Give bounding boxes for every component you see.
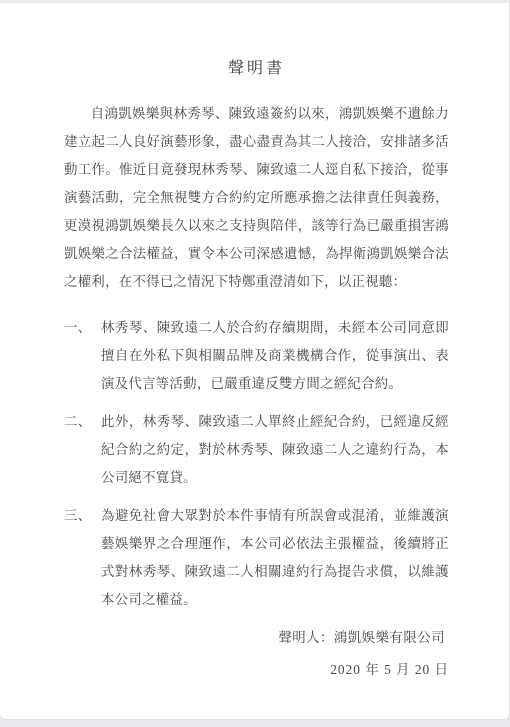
statement-item-1: 一、 林秀琴、陳致遠二人於合約存續期間，未經本公司同意即擅自在外私下與相關品牌及… — [64, 314, 449, 398]
document-body: 聲明書 自鴻凱娛樂與林秀琴、陳致遠簽約以來，鴻凱娛樂不遺餘力建立起二人良好演藝形… — [0, 3, 509, 684]
item-3-text: 為避免社會大眾對於本件事情有所誤會或混淆，並維護演藝娛樂界之合理運作，本公司必依… — [101, 502, 449, 614]
item-1-number: 一、 — [64, 314, 101, 398]
screenshot-viewport: 聲明書 自鴻凱娛樂與林秀琴、陳致遠簽約以來，鴻凱娛樂不遺餘力建立起二人良好演藝形… — [0, 0, 510, 727]
item-2-text: 此外，林秀琴、陳致遠二人單終止經紀合約，已經違反經紀合約之約定，對於林秀琴、陳致… — [101, 408, 449, 492]
intro-paragraph: 自鴻凱娛樂與林秀琴、陳致遠簽約以來，鴻凱娛樂不遺餘力建立起二人良好演藝形象，盡心… — [64, 100, 449, 296]
signatory-line: 聲明人：鴻凱娛樂有限公司 — [64, 624, 449, 652]
statement-item-3: 三、 為避免社會大眾對於本件事情有所誤會或混淆，並維護演藝娛樂界之合理運作，本公… — [64, 502, 449, 614]
document-card: 聲明書 自鴻凱娛樂與林秀琴、陳致遠簽約以來，鴻凱娛樂不遺餘力建立起二人良好演藝形… — [0, 3, 510, 719]
item-2-number: 二、 — [64, 408, 101, 492]
item-1-text: 林秀琴、陳致遠二人於合約存續期間，未經本公司同意即擅自在外私下與相關品牌及商業機… — [101, 314, 449, 398]
document-title: 聲明書 — [64, 58, 449, 80]
date-line: 2020 年 5 月 20 日 — [64, 656, 449, 684]
item-3-number: 三、 — [64, 502, 101, 614]
statement-item-2: 二、 此外，林秀琴、陳致遠二人單終止經紀合約，已經違反經紀合約之約定，對於林秀琴… — [64, 408, 449, 492]
statement-items: 一、 林秀琴、陳致遠二人於合約存續期間，未經本公司同意即擅自在外私下與相關品牌及… — [64, 314, 449, 614]
